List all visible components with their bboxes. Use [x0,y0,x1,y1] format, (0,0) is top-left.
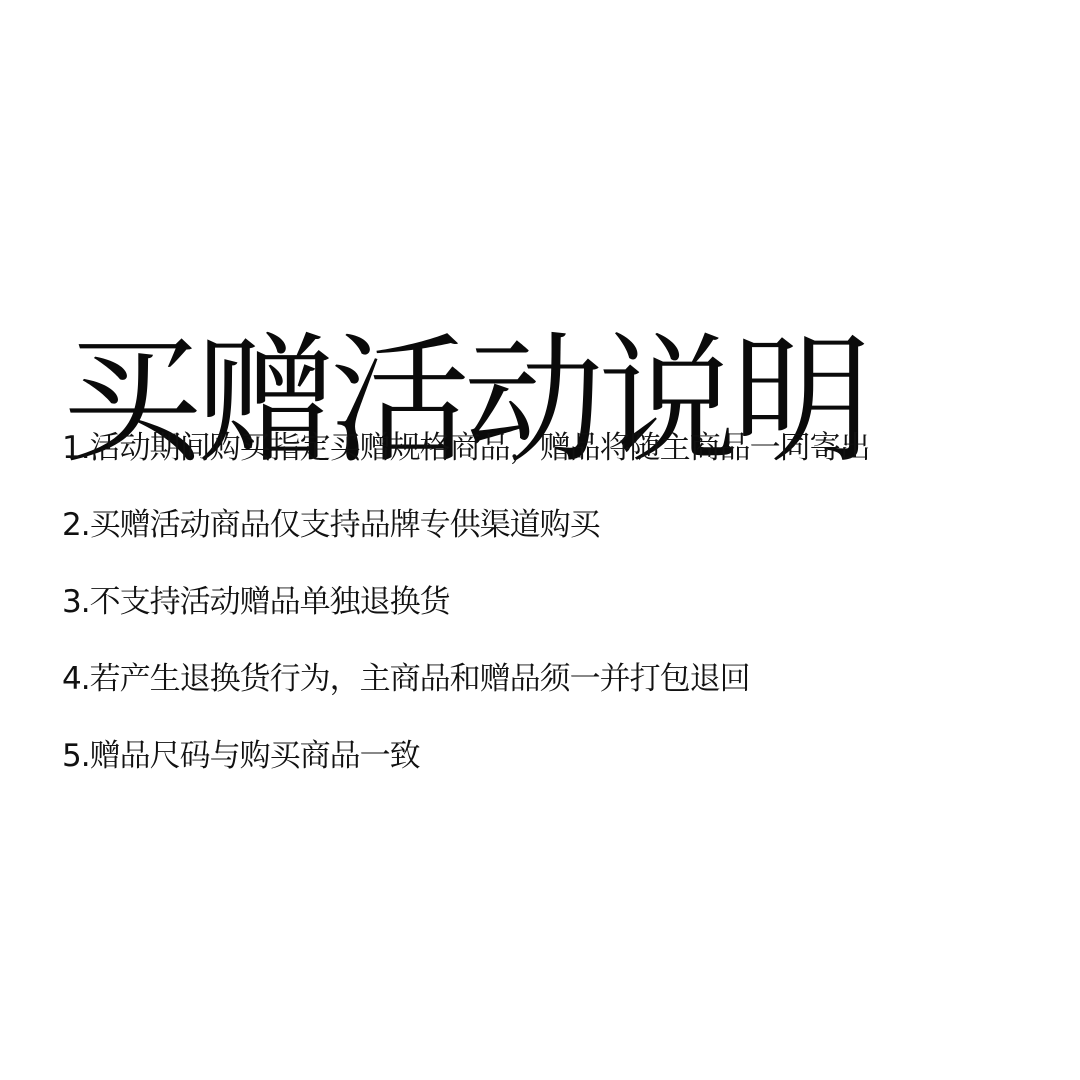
rule-item-1: 1.活动期间购买指定买赠规格商品，赠品将随主商品一同寄出 [62,428,870,468]
rule-item-2: 2.买赠活动商品仅支持品牌专供渠道购买 [62,505,870,545]
rule-item-4: 4.若产生退换货行为，主商品和赠品须一并打包退回 [62,659,870,699]
rule-item-3: 3.不支持活动赠品单独退换货 [62,582,870,622]
rule-item-5: 5.赠品尺码与购买商品一致 [62,736,870,776]
rules-list: 1.活动期间购买指定买赠规格商品，赠品将随主商品一同寄出 2.买赠活动商品仅支持… [62,428,870,813]
